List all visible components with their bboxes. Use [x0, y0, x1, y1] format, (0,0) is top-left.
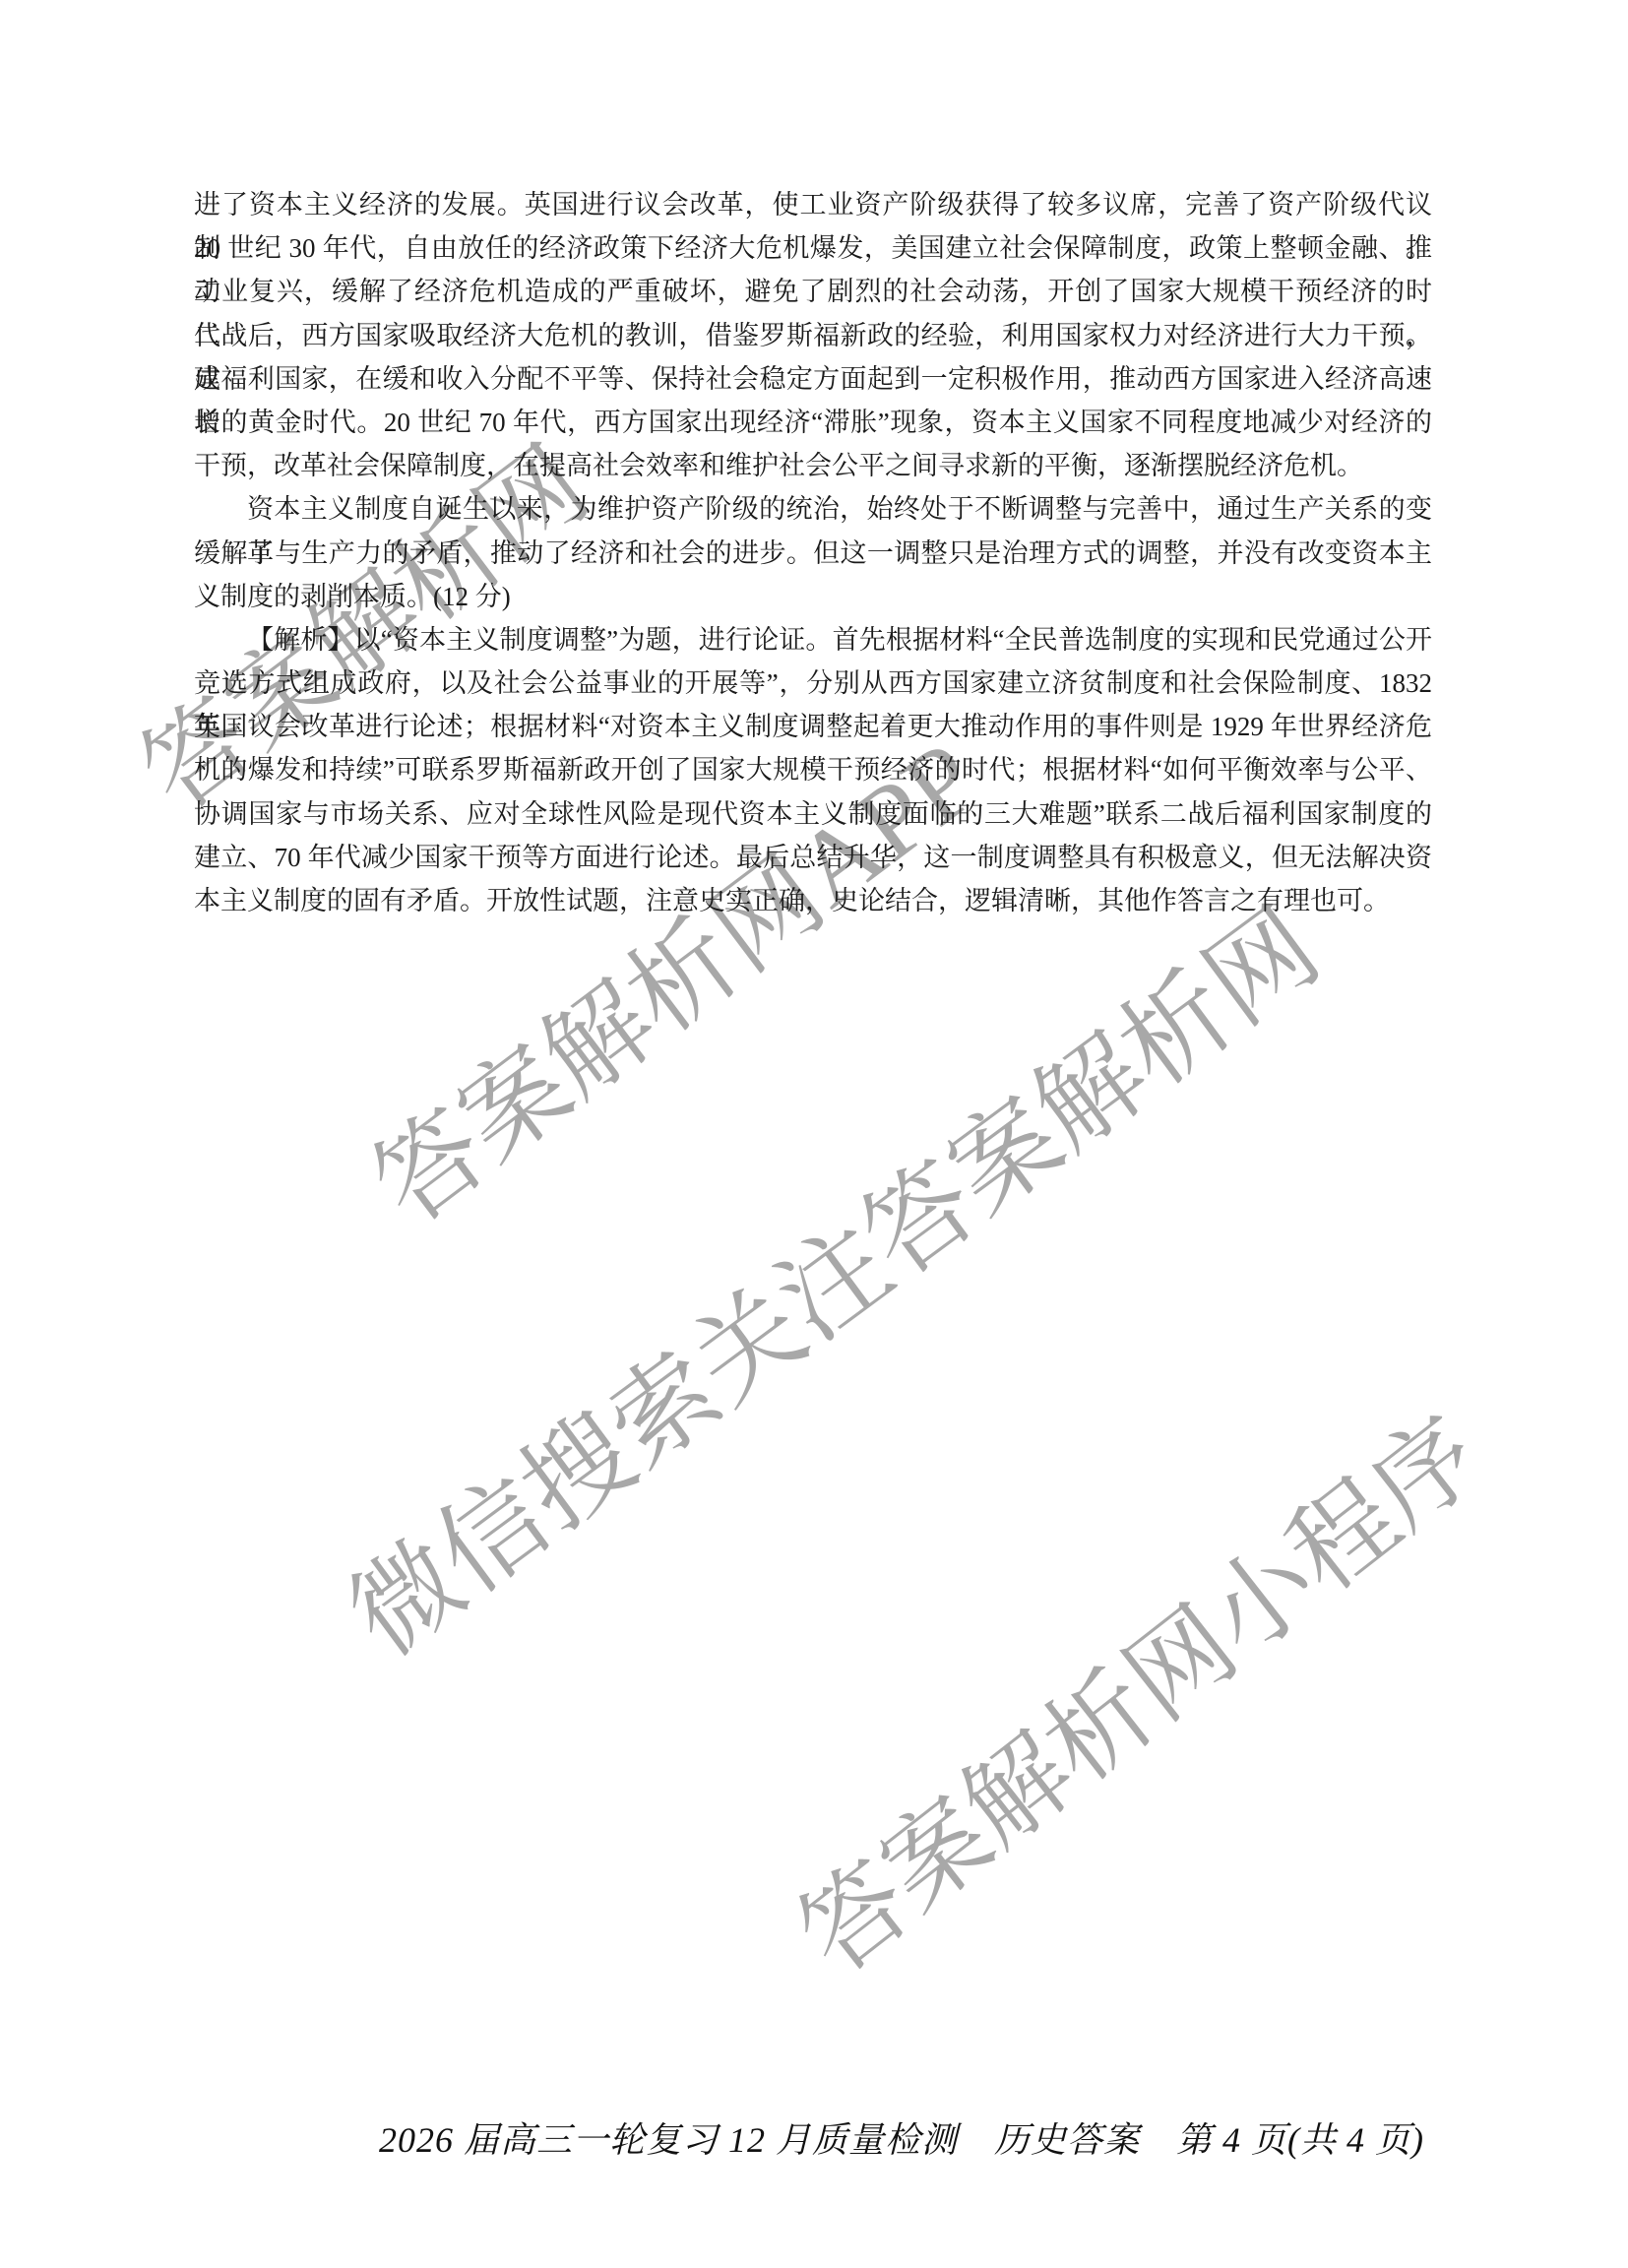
body-line: 建立、70 年代减少国家干预等方面进行论述。最后总结升华，这一制度调整具有积极意… — [194, 836, 1432, 879]
body-line: 竞选方式组成政府，以及社会公益事业的开展等”，分别从西方国家建立济贫制度和社会保… — [194, 661, 1432, 705]
watermark-text: 答案解析网小程序 — [764, 1375, 1507, 2001]
answer-text-block: 进了资本主义经济的发展。英国进行议会改革，使工业资产阶级获得了较多议席，完善了资… — [194, 183, 1432, 922]
body-line: 长的黄金时代。20 世纪 70 年代，西方国家出现经济“滞胀”现象，资本主义国家… — [194, 401, 1432, 444]
body-line: 二战后，西方国家吸取经济大危机的教训，借鉴罗斯福新政的经验，利用国家权力对经济进… — [194, 314, 1432, 357]
paragraph: 进了资本主义经济的发展。英国进行议会改革，使工业资产阶级获得了较多议席，完善了资… — [194, 183, 1432, 487]
body-line: 工业复兴，缓解了经济危机造成的严重破坏，避免了剧烈的社会动荡，开创了国家大规模干… — [194, 270, 1432, 313]
page-footer: 2026 届高三一轮复习 12 月质量检测 历史答案 第 4 页(共 4 页) — [379, 2112, 1424, 2163]
body-line: 成福利国家，在缓和收入分配不平等、保持社会稳定方面起到一定积极作用，推动西方国家… — [194, 357, 1432, 401]
body-line: 义制度的剥削本质。(12 分) — [194, 575, 1432, 618]
paragraph: 【解析】以“资本主义制度调整”为题，进行论证。首先根据材料“全民普选制度的实现和… — [194, 618, 1432, 922]
body-line: 本主义制度的固有矛盾。开放性试题，注意史实正确，史论结合，逻辑清晰，其他作答言之… — [194, 879, 1432, 922]
body-line: 20 世纪 30 年代，自由放任的经济政策下经济大危机爆发，美国建立社会保障制度… — [194, 226, 1432, 270]
document-page: 答案解析网答案解析网APP微信搜索关注答案解析网答案解析网小程序 进了资本主义经… — [0, 0, 1628, 2268]
body-line: 进了资本主义经济的发展。英国进行议会改革，使工业资产阶级获得了较多议席，完善了资… — [194, 183, 1432, 226]
body-line: 干预，改革社会保障制度，在提高社会效率和维护社会公平之间寻求新的平衡，逐渐摆脱经… — [194, 444, 1432, 487]
body-line: 【解析】以“资本主义制度调整”为题，进行论证。首先根据材料“全民普选制度的实现和… — [194, 618, 1432, 661]
body-line: 协调国家与市场关系、应对全球性风险是现代资本主义制度面临的三大难题”联系二战后福… — [194, 792, 1432, 836]
body-line: 缓解了与生产力的矛盾，推动了经济和社会的进步。但这一调整只是治理方式的调整，并没… — [194, 532, 1432, 575]
body-line: 英国议会改革进行论述；根据材料“对资本主义制度调整起着更大推动作用的事件则是 1… — [194, 705, 1432, 748]
paragraph: 资本主义制度自诞生以来，为维护资产阶级的统治，始终处于不断调整与完善中，通过生产… — [194, 487, 1432, 618]
body-line: 资本主义制度自诞生以来，为维护资产阶级的统治，始终处于不断调整与完善中，通过生产… — [194, 487, 1432, 531]
body-line: 机的爆发和持续”可联系罗斯福新政开创了国家大规模干预经济的时代；根据材料“如何平… — [194, 748, 1432, 791]
